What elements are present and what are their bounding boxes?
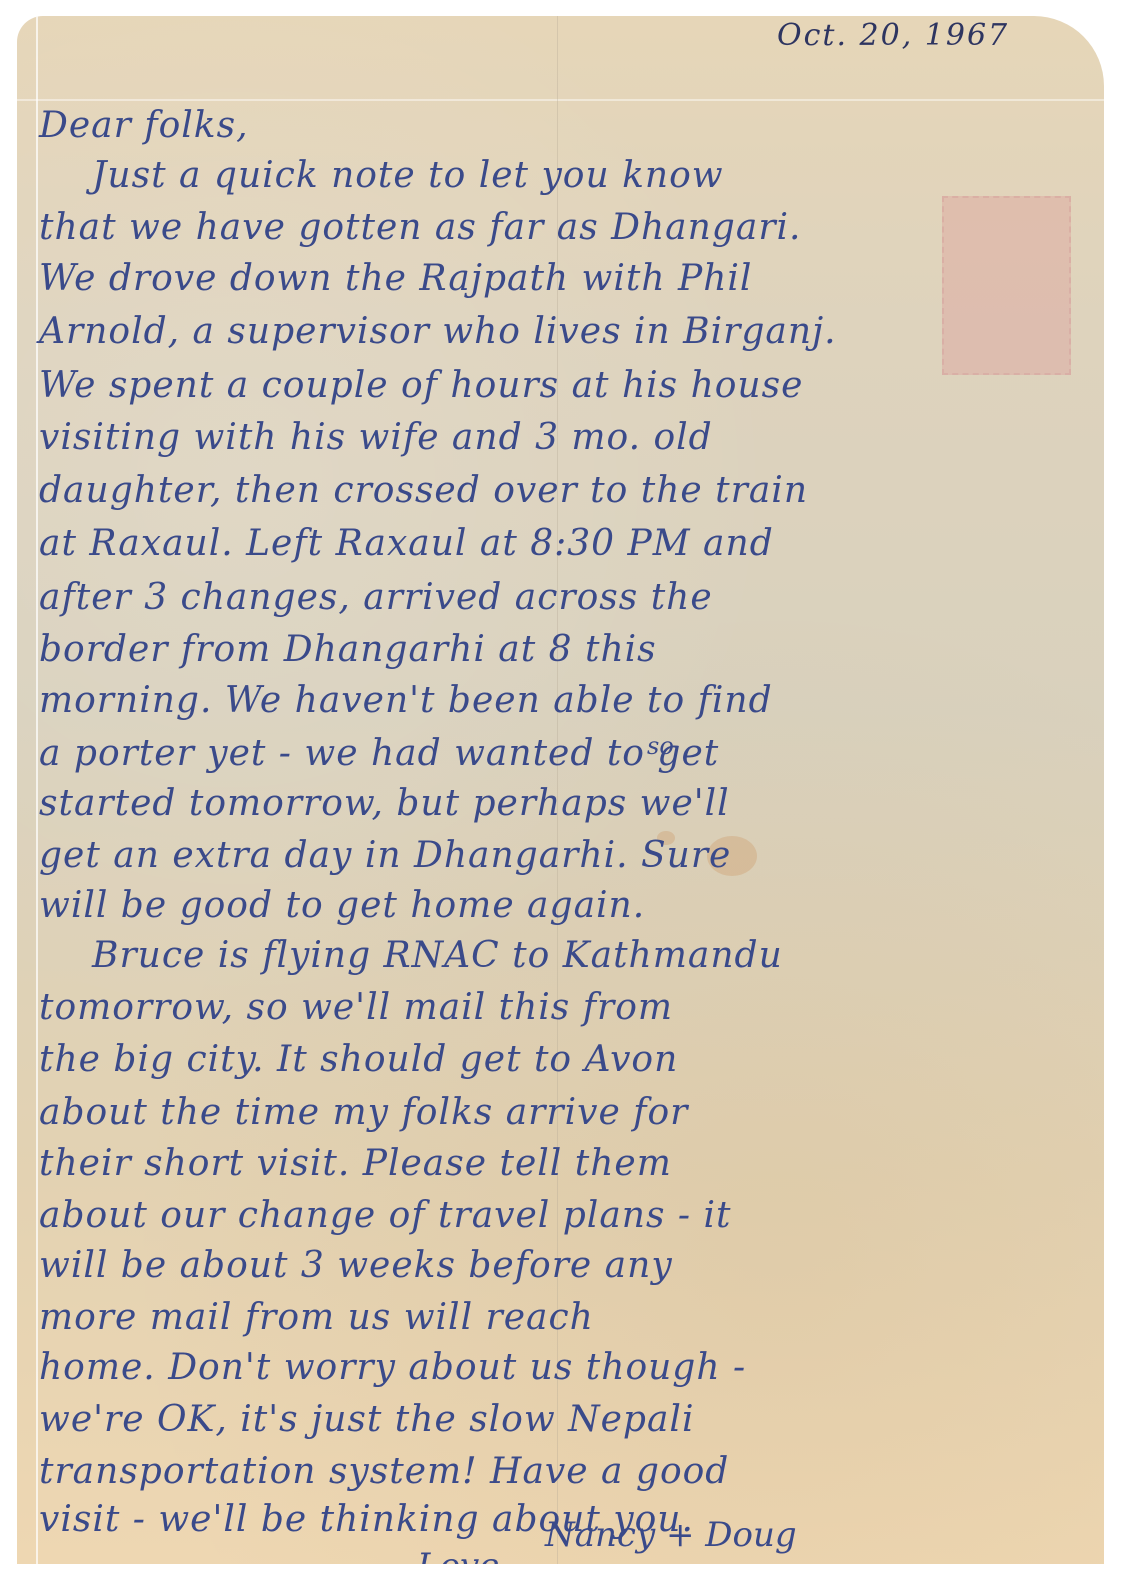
letter-line: Arnold, a supervisor who lives in Birgan… [39, 312, 837, 352]
letter-line: We spent a couple of hours at his house [39, 366, 803, 406]
letter-line: about the time my folks arrive for [39, 1093, 688, 1133]
letter-line: their short visit. Please tell them [39, 1144, 672, 1184]
letter-line: We drove down the Rajpath with Phil [39, 259, 752, 299]
letter-line: home. Don't worry about us though - [39, 1348, 746, 1388]
faded-stamp [942, 196, 1071, 375]
letter-line: started tomorrow, but perhaps we'll [39, 784, 730, 824]
letter-line: get an extra day in Dhangarhi. Sure [39, 836, 731, 876]
letter-signature: Nancy + Doug [545, 1515, 797, 1555]
letter-line: at Raxaul. Left Raxaul at 8:30 PM and [39, 524, 774, 564]
letter-line: after 3 changes, arrived across the [39, 578, 713, 618]
letter-line: morning. We haven't been able to find [39, 681, 773, 721]
letter-closing: Love, [417, 1546, 510, 1564]
letter-line: daughter, then crossed over to the train [39, 471, 808, 511]
fold-crease [17, 99, 1104, 101]
letter-line: about our change of travel plans - it [39, 1196, 731, 1236]
letter-line: Just a quick note to let you know [92, 156, 724, 196]
letter-line: will be about 3 weeks before any [39, 1246, 673, 1286]
letter-paper: Oct. 20, 1967 Dear folks, Just a quick n… [17, 16, 1104, 1564]
letter-date: Oct. 20, 1967 [777, 18, 1009, 53]
letter-line: will be good to get home again. [39, 886, 645, 926]
margin-line [36, 16, 38, 1564]
letter-line: Bruce is flying RNAC to Kathmandu [92, 936, 783, 976]
letter-line: visiting with his wife and 3 mo. old [39, 418, 713, 458]
letter-line: transportation system! Have a good [39, 1452, 729, 1492]
letter-line: we're OK, it's just the slow Nepali [39, 1400, 694, 1440]
letter-insertion: so [647, 732, 674, 760]
letter-line: border from Dhangarhi at 8 this [39, 630, 657, 670]
letter-line: tomorrow, so we'll mail this from [39, 988, 673, 1028]
letter-line: the big city. It should get to Avon [39, 1040, 678, 1080]
letter-line: more mail from us will reach [39, 1298, 594, 1338]
letter-line: a porter yet - we had wanted to get [39, 734, 719, 774]
salutation: Dear folks, [39, 106, 249, 146]
letter-line: that we have gotten as far as Dhangari. [39, 208, 801, 248]
